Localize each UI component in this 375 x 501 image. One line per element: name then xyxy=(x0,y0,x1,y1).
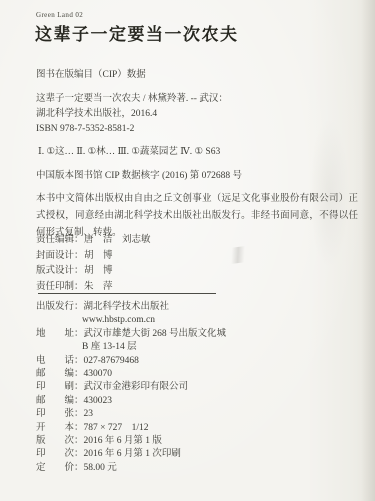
colophon-row: www.hbstp.com.cn xyxy=(36,314,226,327)
publisher-website: www.hbstp.com.cn xyxy=(82,315,155,325)
colophon-label: 版 次： xyxy=(36,435,84,448)
staff-role-label: 版式设计： xyxy=(36,264,84,280)
price: 58.00 元 xyxy=(84,463,117,473)
colophon-row: 邮 编：430070 xyxy=(36,368,226,381)
staff-name: 朱 萍 xyxy=(84,282,113,292)
colophon-row: 印 张：23 xyxy=(36,408,226,421)
colophon-row: 定 价：58.00 元 xyxy=(36,462,226,475)
cip-entry-line: 湖北科学技术出版社，2016.4 xyxy=(36,107,228,122)
format-size: 787 × 727 1/12 xyxy=(84,423,149,433)
cip-heading: 图书在版编目（CIP）数据 xyxy=(36,66,146,80)
book-copyright-page: Green Land 02 这辈子一定要当一次农夫 图书在版编目（CIP）数据 … xyxy=(0,0,375,501)
cip-entry-block: 这辈子一定要当一次农夫 / 林黛羚著. -- 武汉： 湖北科学技术出版社，201… xyxy=(36,92,228,137)
series-label: Green Land 02 xyxy=(36,11,83,19)
staff-role-label: 责任编辑： xyxy=(36,233,84,249)
colophon-label: 定 价： xyxy=(36,462,84,475)
colophon-row: 开 本：787 × 727 1/12 xyxy=(36,422,226,435)
colophon-label: 印 刷： xyxy=(36,381,84,394)
scan-edge-shadow xyxy=(361,0,375,501)
colophon-label: 邮 编： xyxy=(36,395,84,408)
colophon-label: 开 本： xyxy=(36,422,84,435)
cip-entry-line: 这辈子一定要当一次农夫 / 林黛羚著. -- 武汉： xyxy=(36,92,228,107)
staff-name: 胡 博 xyxy=(84,251,113,261)
colophon-row: 出版发行：湖北科学技术出版社 xyxy=(36,301,226,314)
printer-postal-code: 430023 xyxy=(84,396,113,406)
colophon-row: 邮 编：430023 xyxy=(36,395,226,408)
staff-row: 责任编辑：唐 洁 刘志敏 xyxy=(36,233,151,249)
colophon-row: 地 址：武汉市雄楚大街 268 号出版文化城 xyxy=(36,328,226,341)
staff-name: 唐 洁 刘志敏 xyxy=(84,235,151,245)
colophon-row: 电 话：027-87679468 xyxy=(36,355,226,368)
staff-name: 胡 博 xyxy=(84,266,113,276)
phone-number: 027-87679468 xyxy=(84,356,139,366)
publication-details: 出版发行：湖北科学技术出版社 www.hbstp.com.cn 地 址：武汉市雄… xyxy=(36,301,226,475)
cip-classification: Ⅰ. ①这… Ⅱ. ①林… Ⅲ. ①蔬菜园艺 Ⅳ. ① S63 xyxy=(38,143,220,157)
colophon-label: 电 话： xyxy=(36,355,84,368)
colophon-label: 出版发行： xyxy=(36,301,84,314)
isbn-line: ISBN 978-7-5352-8581-2 xyxy=(36,122,228,137)
postal-code: 430070 xyxy=(84,369,113,379)
colophon-row: 印 次：2016 年 6 月第 1 次印刷 xyxy=(36,448,226,461)
printed-sheets: 23 xyxy=(84,409,94,419)
scan-crease-artifact xyxy=(197,242,278,268)
staff-credits: 责任编辑：唐 洁 刘志敏 封面设计：胡 博 版式设计：胡 博 责任印制：朱 萍 xyxy=(36,233,151,295)
cip-record-number: 中国版本图书馆 CIP 数据核字 (2016) 第 072688 号 xyxy=(36,167,242,181)
colophon-row: 印 刷：武汉市金港彩印有限公司 xyxy=(36,381,226,394)
printing-info: 2016 年 6 月第 1 次印刷 xyxy=(84,449,181,459)
colophon-label: 地 址： xyxy=(36,328,84,341)
colophon-label: 印 张： xyxy=(36,408,84,421)
publisher-address: 武汉市雄楚大街 268 号出版文化城 xyxy=(84,329,227,339)
colophon-row: B 座 13-14 层 xyxy=(36,341,226,354)
printer-name: 武汉市金港彩印有限公司 xyxy=(84,382,189,392)
publisher-address-line2: B 座 13-14 层 xyxy=(82,342,137,352)
divider-line xyxy=(38,293,216,294)
colophon-label: 印 次： xyxy=(36,448,84,461)
edition-info: 2016 年 6 月第 1 版 xyxy=(84,436,162,446)
staff-row: 封面设计：胡 博 xyxy=(36,249,151,265)
book-title: 这辈子一定要当一次农夫 xyxy=(35,20,239,45)
publisher-name: 湖北科学技术出版社 xyxy=(84,302,170,312)
staff-role-label: 封面设计： xyxy=(36,249,84,265)
staff-row: 版式设计：胡 博 xyxy=(36,264,151,280)
colophon-label: 邮 编： xyxy=(36,368,84,381)
colophon-row: 版 次：2016 年 6 月第 1 版 xyxy=(36,435,226,448)
